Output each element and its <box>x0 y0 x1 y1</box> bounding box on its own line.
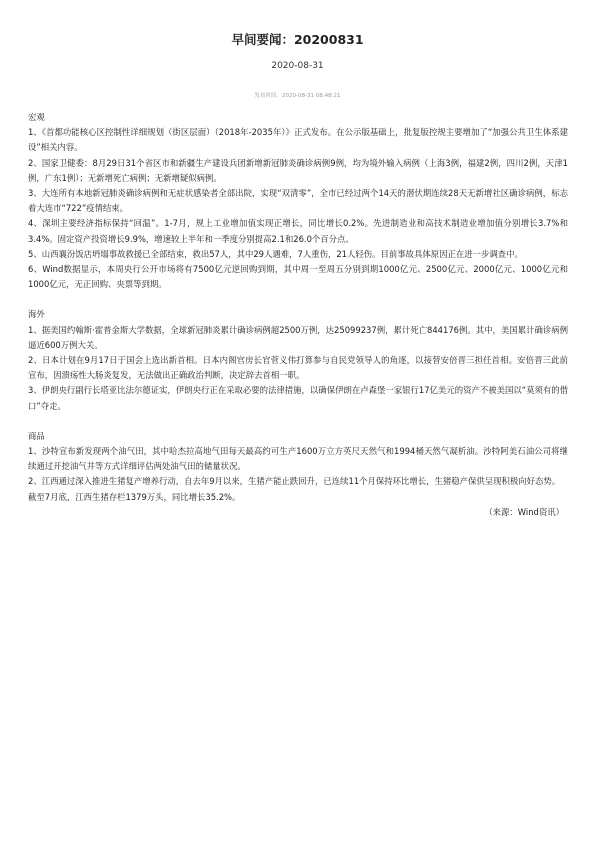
news-item: 2、日本计划在9月17日于国会上选出新首相。日本内阁官房长官菅义伟打算参与自民党… <box>28 353 568 383</box>
news-item: 3、大连所有本地新冠肺炎确诊病例和无症状感染者全部出院，实现“双清零”，全市已经… <box>28 186 568 216</box>
section-macro: 宏观 1、《首都功能核心区控制性详细规划（街区层面）（2018年-2035年）》… <box>28 110 568 292</box>
section-spacer <box>28 414 568 429</box>
news-item: 1、《首都功能核心区控制性详细规划（街区层面）（2018年-2035年）》正式发… <box>28 125 568 155</box>
news-item: 4、深圳主要经济指标保持“回温”。1-7月，规上工业增加值实现正增长，同比增长0… <box>28 216 568 246</box>
news-item: 1、沙特宣布新发现两个油气田，其中哈杰拉高地气田每天最高约可生产1600万立方英… <box>28 444 568 474</box>
section-spacer <box>28 292 568 307</box>
article-date: 2020-08-31 <box>0 61 595 71</box>
news-item: 2、国家卫健委：8月29日31个省区市和新疆生产建设兵团新增新冠肺炎确诊病例9例… <box>28 156 568 186</box>
news-item: 2、江西通过深入推进生猪复产增养行动，自去年9月以来，生猪产能止跌回升，已连续1… <box>28 474 568 489</box>
page-title: 早间要闻：20200831 <box>0 30 595 48</box>
section-commodities: 商品 1、沙特宣布新发现两个油气田，其中哈杰拉高地气田每天最高约可生产1600万… <box>28 429 568 505</box>
news-item: 6、Wind数据显示，本周央行公开市场将有7500亿元逆回购到期，其中周一至周五… <box>28 262 568 292</box>
section-heading: 宏观 <box>28 110 568 125</box>
news-item: 截至7月底，江西生猪存栏1379万头，同比增长35.2%。 <box>28 490 568 505</box>
source-attribution: （来源：Wind资讯） <box>28 505 568 520</box>
section-overseas: 海外 1、据美国约翰斯·霍普金斯大学数据，全球新冠肺炎累计确诊病例超2500万例… <box>28 307 568 413</box>
article-body: 宏观 1、《首都功能核心区控制性详细规划（街区层面）（2018年-2035年）》… <box>28 110 568 520</box>
news-item: 1、据美国约翰斯·霍普金斯大学数据，全球新冠肺炎累计确诊病例超2500万例，达2… <box>28 323 568 353</box>
section-heading: 海外 <box>28 307 568 322</box>
news-item: 3、伊朗央行副行长塔亚比法尔德证实，伊朗央行正在采取必要的法律措施，以确保伊朗在… <box>28 383 568 413</box>
news-item: 5、山西襄汾饭店坍塌事故救援已全部结束，救出57人，其中29人遇难，7人重伤，2… <box>28 247 568 262</box>
publish-time: 发布时间：2020-08-31 08:48:21 <box>0 91 595 99</box>
section-heading: 商品 <box>28 429 568 444</box>
